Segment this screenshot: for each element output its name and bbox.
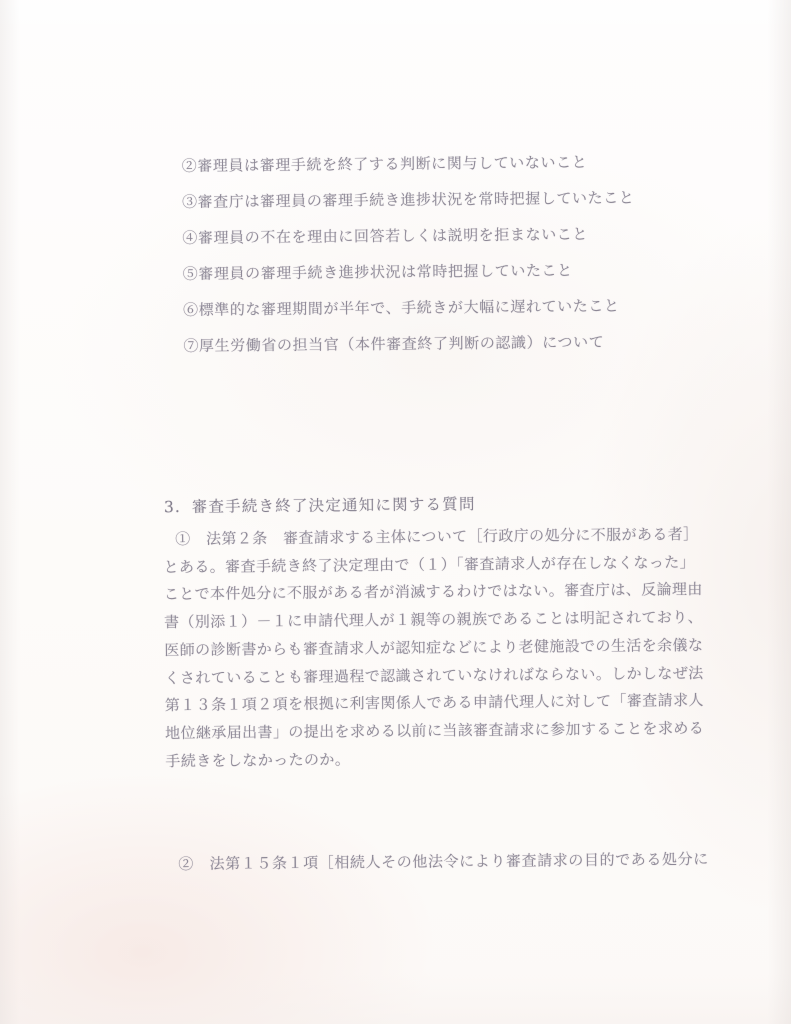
scanned-document-page: ②審理員は審理手続を終了する判断に関与していないこと ③審査庁は審理員の審理手続… [0,0,791,1024]
list-item: ④審理員の不在を理由に回答若しくは説明を拒まないこと [182,216,635,256]
list-item: ⑦厚生労働省の担当官（本件審査終了判断の認識）について [183,324,636,364]
list-item: ⑥標準的な審理期間が半年で、手続きが大幅に遅れていたこと [183,288,636,328]
list-item: ③審査庁は審理員の審理手続き進捗状況を常時把握していたこと [182,180,635,220]
section-heading: 3．審査手続き終了決定通知に関する質問 [164,492,476,517]
list-item: ⑤審理員の審理手続き進捗状況は常時把握していたこと [183,252,636,292]
appeal-points-list: ②審理員は審理手続を終了する判断に関与していないこと ③審査庁は審理員の審理手続… [181,144,635,364]
list-item: ②審理員は審理手続を終了する判断に関与していないこと [181,144,634,184]
paragraph-line: 手続きをしなかったのか。 [165,743,710,776]
paragraph-line: 地位継承届出書」の提出を求める以前に当該審査請求に参加することを求める [165,715,710,748]
question-2-line: ② 法第１５条１項［相続人その他法令により審査請求の目的である処分に [178,848,709,874]
question-1-paragraph: ① 法第２条 審査請求する主体について［行政庁の処分に不服がある者］ とある。審… [163,521,710,776]
scan-content: ②審理員は審理手続を終了する判断に関与していないこと ③審査庁は審理員の審理手続… [0,0,791,1024]
